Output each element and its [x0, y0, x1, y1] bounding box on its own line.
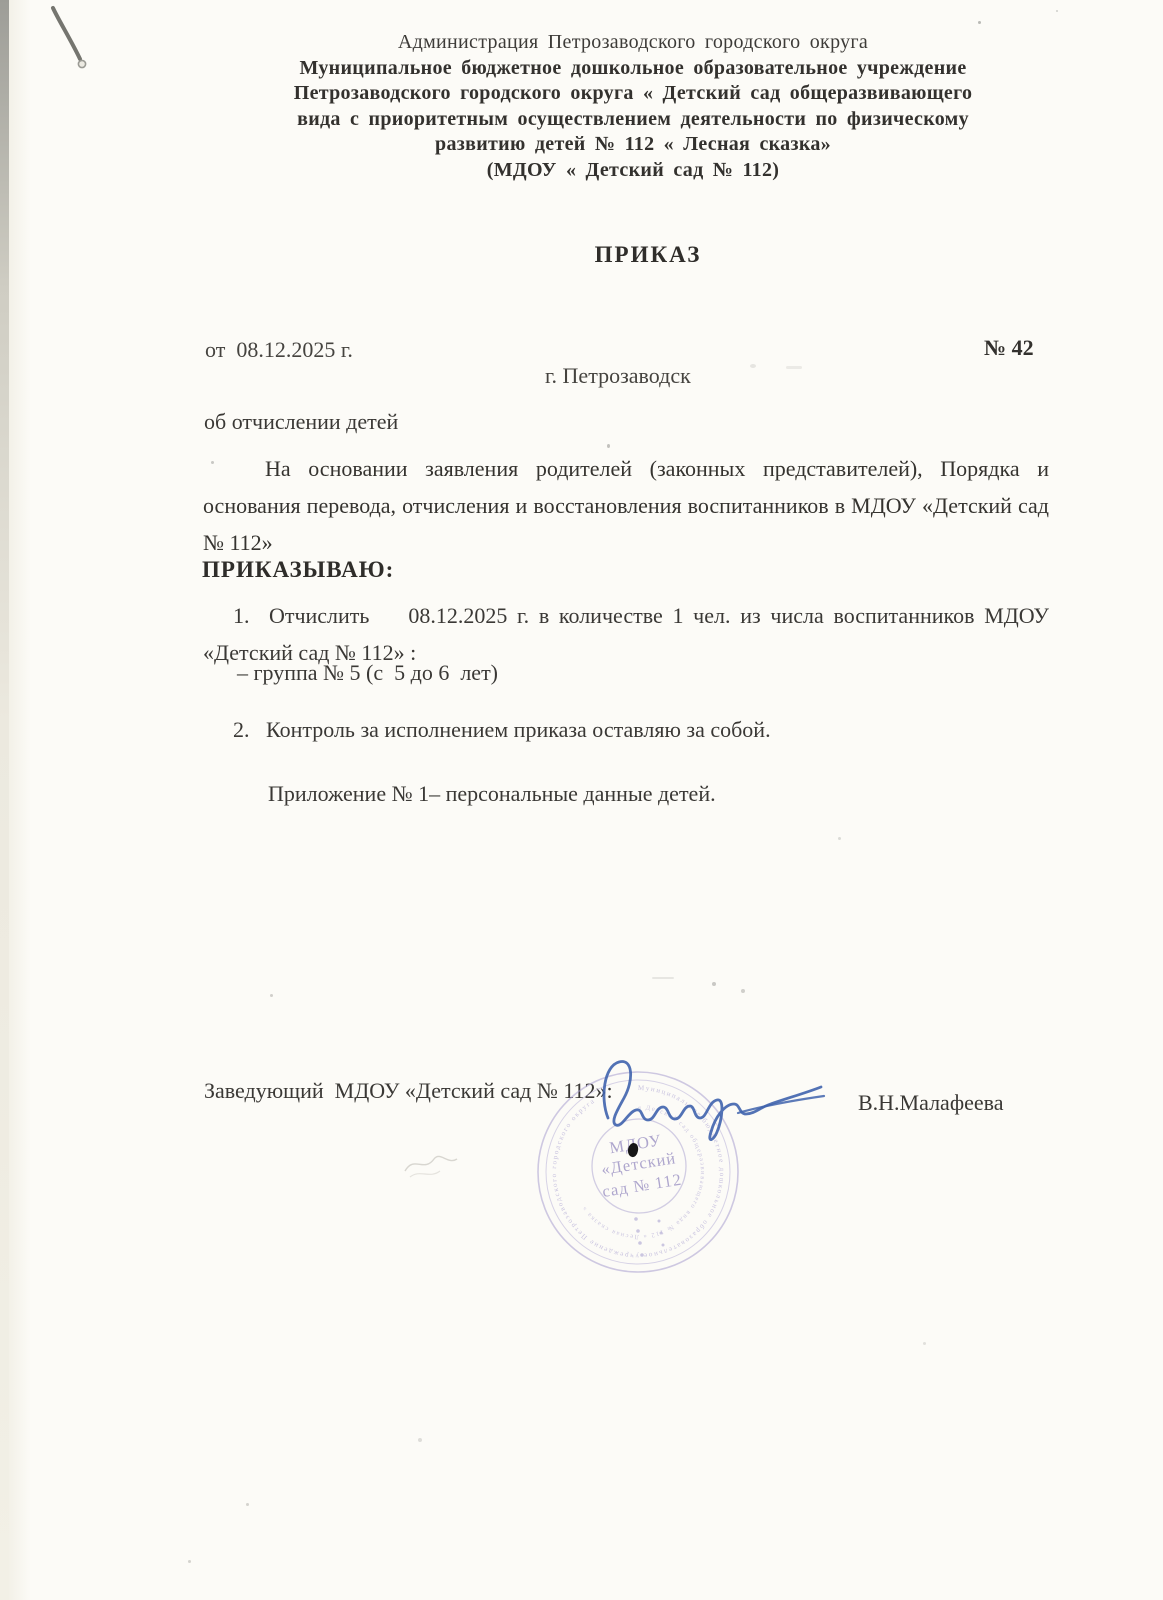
- letterhead-line: Администрация Петрозаводского городского…: [203, 30, 1063, 56]
- scan-speck: [712, 982, 716, 986]
- group-line: – группа № 5 (с 5 до 6 лет): [203, 660, 1049, 686]
- pen-mark-top-left: [45, 4, 97, 76]
- order-number: № 42: [984, 335, 1034, 361]
- scan-speck: [978, 21, 981, 24]
- scan-edge-shadow: [0, 0, 9, 1600]
- scan-speck: [211, 461, 214, 464]
- letterhead-line: Петрозаводского городского округа « Детс…: [203, 81, 1063, 107]
- preamble-line: № 112»: [203, 524, 1049, 561]
- resolve-word: ПРИКАЗЫВАЮ:: [202, 557, 394, 583]
- preamble-line: основания перевода, отчисления и восстан…: [203, 487, 1049, 524]
- scan-speck: [838, 837, 841, 840]
- scan-speck: [741, 989, 745, 993]
- letterhead-line: Муниципальное бюджетное дошкольное образ…: [203, 56, 1063, 82]
- scan-speck: [270, 994, 273, 997]
- scanned-order-document: Администрация Петрозаводского городского…: [0, 0, 1163, 1600]
- letterhead-line: вида с приоритетным осуществлением деяте…: [203, 107, 1063, 133]
- preamble-paragraph: На основании заявления родителей (законн…: [203, 450, 1049, 561]
- scan-speck: [607, 444, 610, 448]
- pencil-scribble: [400, 1145, 462, 1185]
- order-date: от 08.12.2025 г.: [205, 337, 353, 363]
- handwritten-signature: [588, 1050, 838, 1150]
- scan-speck: [786, 366, 802, 369]
- scan-speck: [188, 1560, 191, 1563]
- letterhead-line: развитию детей № 112 « Лесная сказка»: [203, 132, 1063, 158]
- scan-speck: [750, 364, 756, 368]
- annex-line: Приложение № 1– персональные данные дете…: [203, 781, 1049, 807]
- document-title: ПРИКАЗ: [248, 242, 1048, 268]
- letterhead-line: (МДОУ « Детский сад № 112): [203, 158, 1063, 184]
- scan-speck: [1056, 10, 1058, 12]
- scan-speck: [246, 1503, 249, 1506]
- scan-edge-fade: [9, 0, 31, 1600]
- order-city: г. Петрозаводск: [545, 363, 691, 389]
- letterhead: Администрация Петрозаводского городского…: [203, 30, 1063, 183]
- order-item-1-line: 1. Отчислить 08.12.2025 г. в количестве …: [203, 597, 1049, 634]
- scan-speck: [652, 977, 674, 979]
- scan-speck: [923, 1342, 926, 1345]
- order-item-2: 2. Контроль за исполнением приказа остав…: [203, 717, 1049, 743]
- scan-speck: [418, 1438, 422, 1442]
- order-subject: об отчислении детей: [204, 409, 398, 435]
- preamble-line: На основании заявления родителей (законн…: [203, 450, 1049, 487]
- signer-name: В.Н.Малафеева: [858, 1090, 1003, 1116]
